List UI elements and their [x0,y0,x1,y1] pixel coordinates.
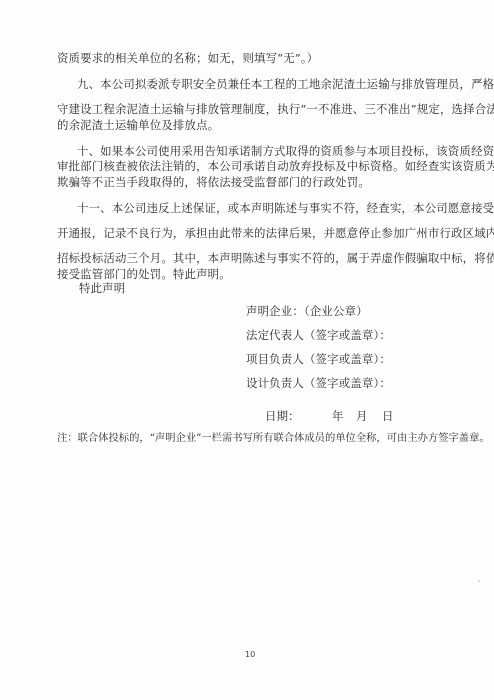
paragraph-nine-line: 的余泥渣土运输单位及排放点。 [57,117,219,133]
scan-speck [472,438,474,440]
date-month: 月 [356,408,368,424]
page-number: 10 [245,650,255,659]
signature-design-lead: 设计负责人（签字或盖章）： [246,375,391,391]
paragraph-nine-line: 九、本公司拟委派专职安全员兼任本工程的工地余泥渣土运输与排放管理员，严格遵 [77,76,494,92]
signature-company: 声明企业：（企业公章） [246,303,368,319]
date-year: 年 [332,408,344,424]
date-day: 日 [382,408,394,424]
paragraph-ten-line: 审批部门核查被依法注销的，本公司承诺自动放弃投标及中标资格。如经查实该资质为以 [57,158,494,174]
paragraph-eleven-line: 招标投标活动三个月。其中，本声明陈述与事实不符的，属于弄虚作假骗取中标，将依法 [57,250,494,266]
paragraph-nine-line: 守建设工程余泥渣土运输与排放管理制度，执行“一不准进、三不准出”规定，选择合法 [57,101,494,117]
signature-project-lead: 项目负责人（签字或盖章）： [246,351,391,367]
paragraph-ten-line: 欺骗等不正当手段取得的，将依法接受监督部门的行政处罚。 [57,174,370,190]
signature-legal-rep: 法定代表人（签字或盖章）： [246,327,391,343]
paragraph-eleven-line: 开通报，记录不良行为，承担由此带来的法律后果，并愿意停止参加广州市行政区域内的 [57,225,494,241]
scan-speck [478,580,480,582]
footnote: 注：联合体投标的，“声明企业”一栏需书写所有联合体成员的单位全称，可由主办方签字… [57,429,490,444]
date-label: 日期： [265,408,300,424]
closing-statement: 特此声明 [79,280,125,296]
paragraph-line: 资质要求的相关单位的名称；如无，则填写“无”。） [57,50,318,66]
paragraph-eleven-line: 十一、本公司违反上述保证，或本声明陈述与事实不符，经查实，本公司愿意接受公 [77,200,494,216]
paragraph-ten-line: 十、如果本公司使用采用告知承诺制方式取得的资质参与本项目投标，该资质经资质 [77,143,494,159]
